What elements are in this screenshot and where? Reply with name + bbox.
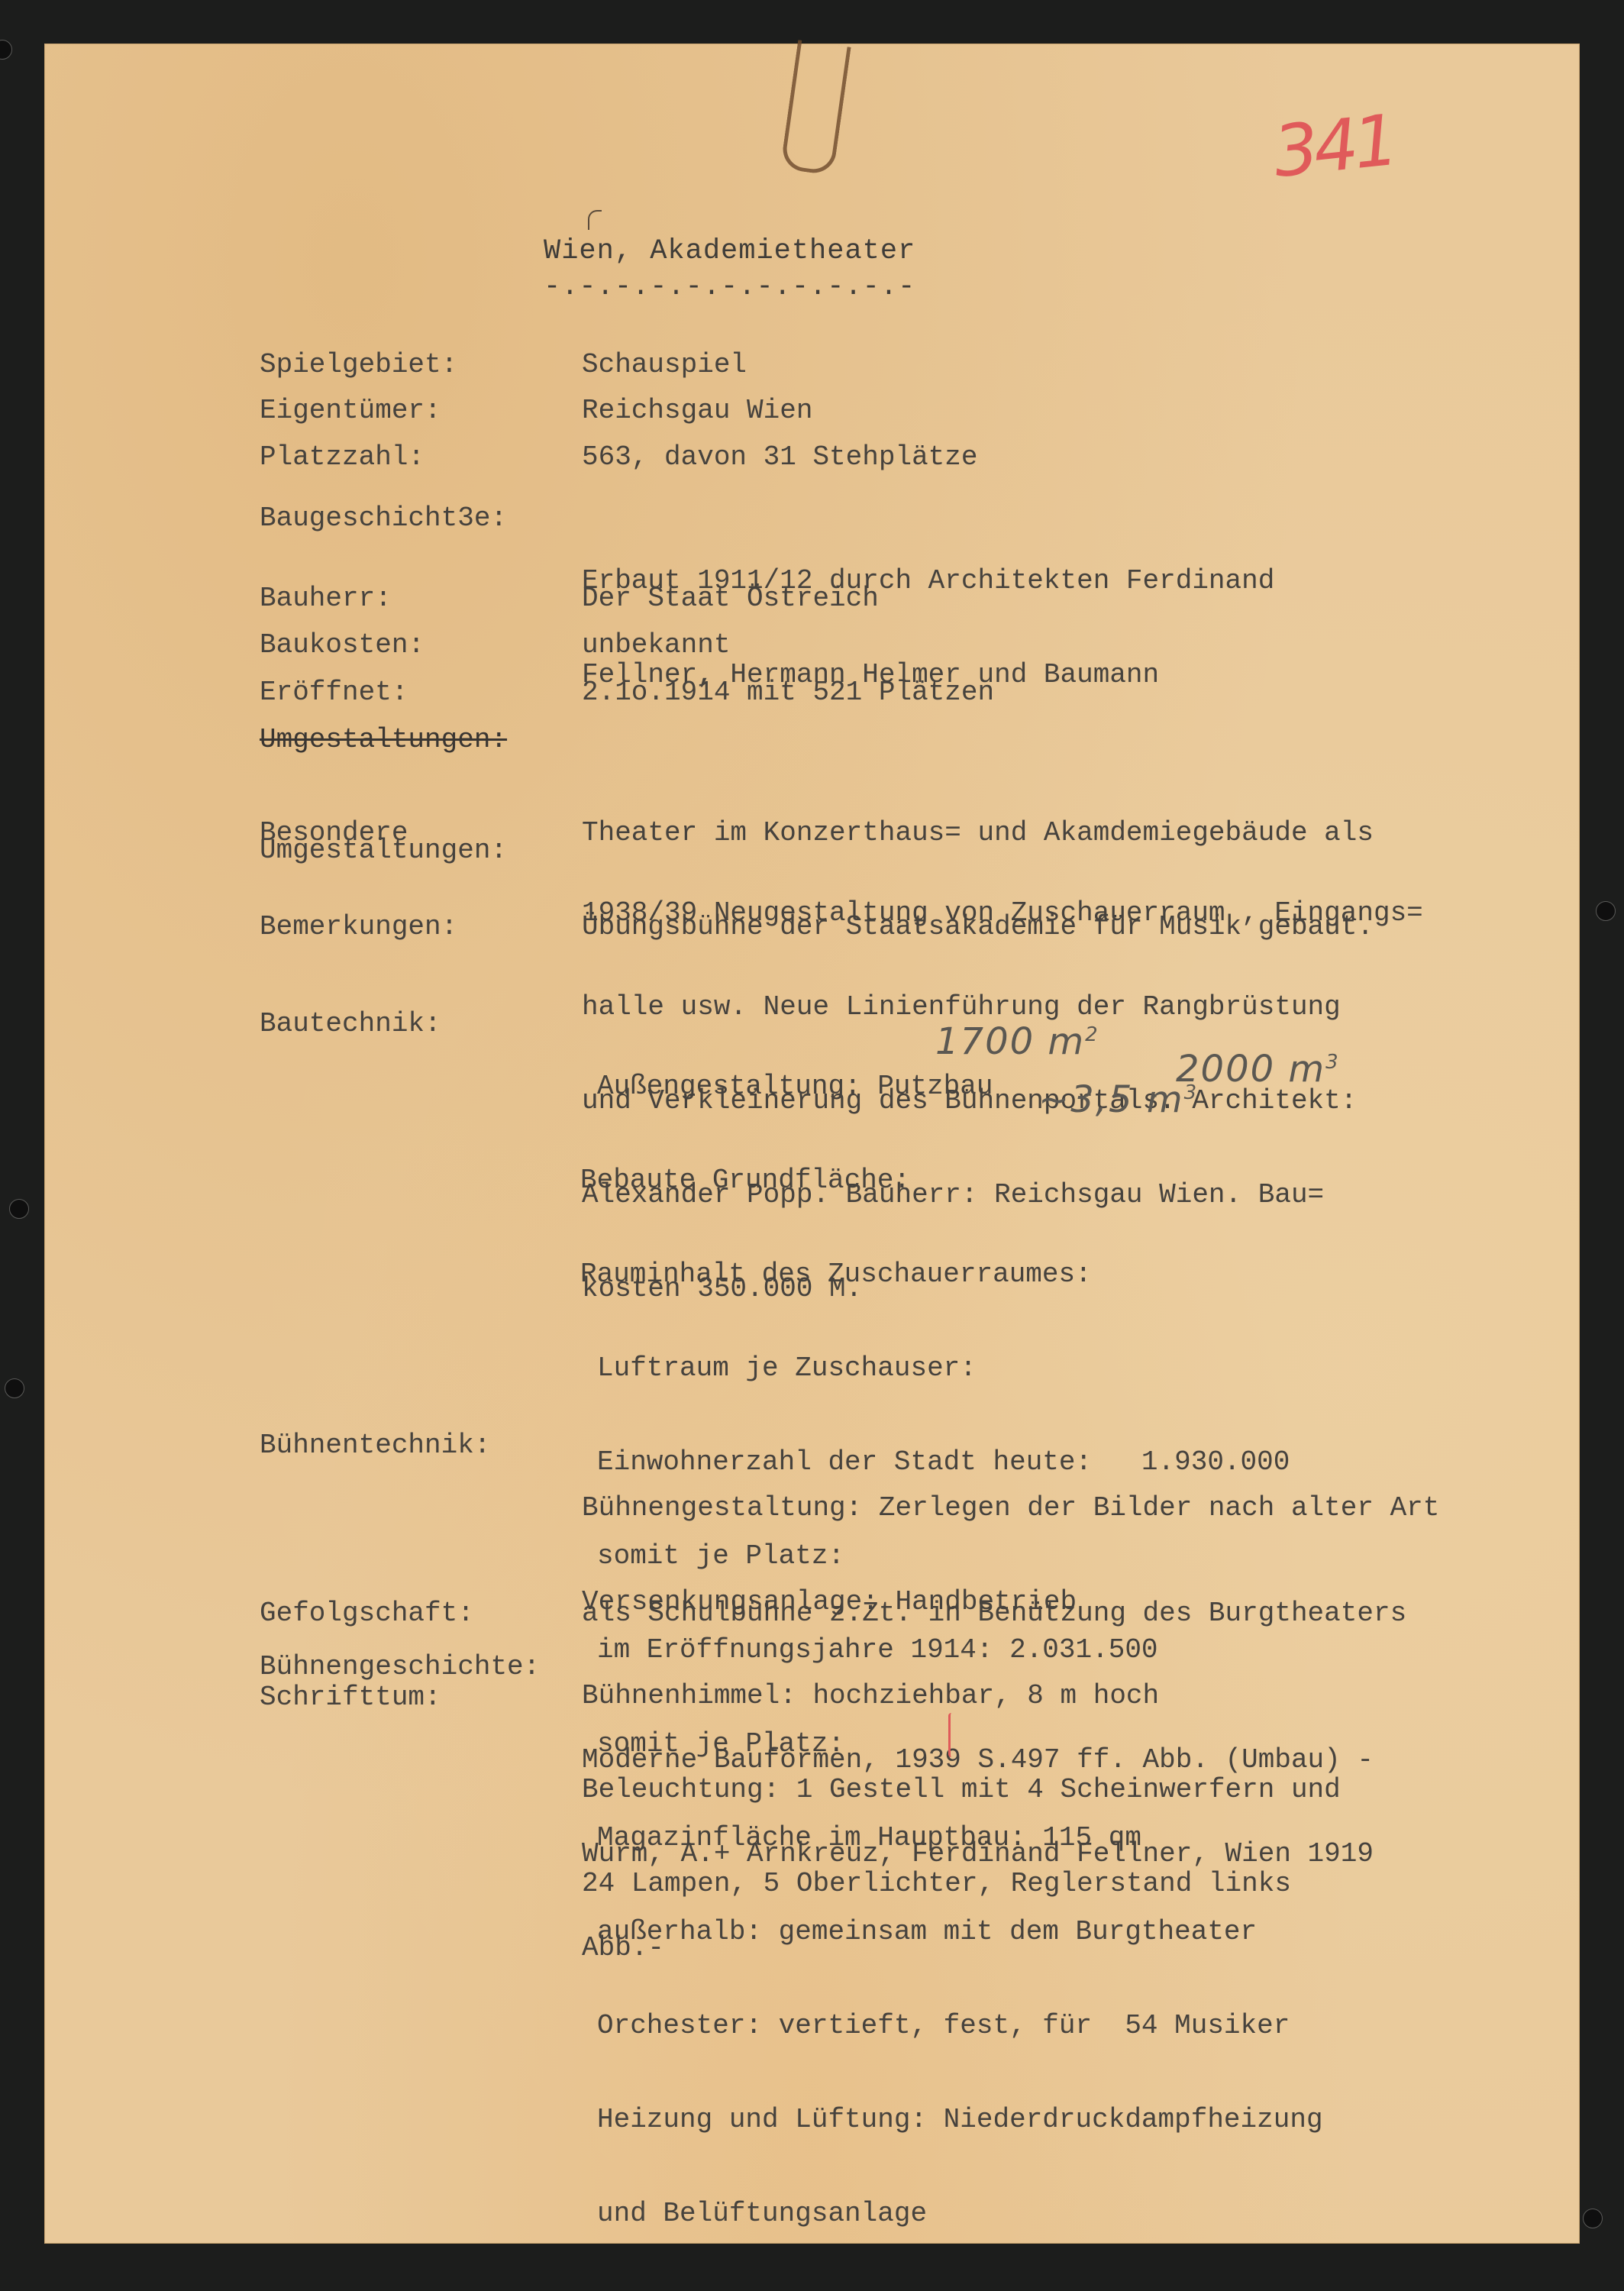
handwritten-exponent: 3 [1184, 1081, 1199, 1104]
field-label: Spielgebiet: [260, 349, 580, 380]
value-line: Bühnengestaltung: Zerlegen der Bilder na… [582, 1492, 1439, 1524]
value-line: 1938/39 Neugestaltung von Zuschauerraum … [582, 897, 1423, 929]
field-label: Schrifttum: [260, 1682, 580, 1713]
handwritten-text: 2000 m [1176, 1048, 1325, 1091]
handwritten-grundflaeche: 1700 m2 [935, 1020, 1099, 1063]
field-schrifttum: Schrifttum: Moderne Bauformen, 1939 S.49… [260, 1682, 292, 1776]
handwritten-exponent: 2 [1085, 1023, 1099, 1046]
field-label: Gefolgschaft: [260, 1598, 580, 1629]
value-line: Abb.- [582, 1932, 1374, 1963]
label-line: Bemerkungen: [260, 911, 580, 942]
field-label: Umgestaltungen: [260, 724, 580, 755]
field-label: Platzzahl: [260, 441, 580, 473]
field-value: 2.1o.1914 mit 521 Plätzen [582, 677, 994, 708]
field-label: Baukosten: [260, 629, 580, 661]
title-underline: -.-.-.-.-.-.-.-.-.-.- [544, 271, 915, 303]
handwritten-text: 1700 m [935, 1020, 1085, 1063]
handwritten-rauminhalt: 2000 m3 [1176, 1048, 1340, 1091]
board-hole [9, 1199, 29, 1219]
field-umgestaltungen: Umgestaltungen: 1938/39 Neugestaltung vo… [260, 835, 292, 929]
value-line: Wurm, A.+ Arnkreuz, Ferdinand Fellner, W… [582, 1838, 1374, 1869]
board-hole [1596, 901, 1616, 921]
value-line: Bebaute Grundfläche: [580, 1165, 1323, 1196]
field-label: Umgestaltungen: [260, 835, 580, 866]
red-pencil-mark [948, 1713, 955, 1757]
handwritten-luftraum: ~3,5 m3 [1038, 1078, 1198, 1121]
field-value: als Schulbühne z.Zt. in Benützung des Bu… [582, 1598, 1406, 1629]
field-label: Bühnentechnik: [260, 1430, 580, 1461]
field-label: Besondere Bemerkungen: [260, 755, 580, 1005]
field-label: Eröffnet: [260, 677, 580, 708]
pencil-tick [588, 210, 602, 230]
value-line: Heizung und Lüftung: Niederdruckdampfhei… [597, 2104, 1323, 2135]
value-line: und Belüftungsanlage [597, 2198, 1323, 2229]
field-label: Bautechnik: [260, 1008, 580, 1039]
field-value: 563, davon 31 Stehplätze [582, 441, 977, 473]
field-value: Schauspiel [582, 349, 747, 380]
field-value: Erbaut 1911/12 durch Architekten Ferdina… [582, 502, 1274, 753]
field-label: Bühnengeschichte: [260, 1651, 580, 1682]
value-line: Moderne Bauformen, 1939 S.497 ff. Abb. (… [582, 1744, 1374, 1776]
value-line: Luftraum je Zuschauser: [597, 1352, 1323, 1384]
field-label: Bauherr: [260, 583, 580, 614]
field-value: Reichsgau Wien [582, 395, 812, 426]
board-hole [1583, 2209, 1603, 2228]
board-hole [0, 40, 12, 60]
field-buehnentechnik: Bühnentechnik: Bühnengestaltung: Zerlege… [260, 1430, 292, 1524]
document-title: Wien, Akademietheater [544, 235, 915, 267]
field-bautechnik: Bautechnik: Außengestaltung: Putzbau Beb… [260, 1008, 292, 1102]
board-hole [5, 1378, 24, 1398]
page-number: 341 [1270, 99, 1398, 193]
value-line: Rauminhalt des Zuschauerraumes: [580, 1259, 1323, 1290]
field-label: Baugeschicht3e: [260, 502, 580, 534]
handwritten-exponent: 3 [1325, 1051, 1340, 1074]
handwritten-text: ~3,5 m [1038, 1078, 1184, 1121]
field-value: unbekannt [582, 629, 730, 661]
field-value: Moderne Bauformen, 1939 S.497 ff. Abb. (… [582, 1682, 1374, 2026]
field-label: Eigentümer: [260, 395, 580, 426]
field-value: Der Staat Östreich [582, 583, 879, 614]
